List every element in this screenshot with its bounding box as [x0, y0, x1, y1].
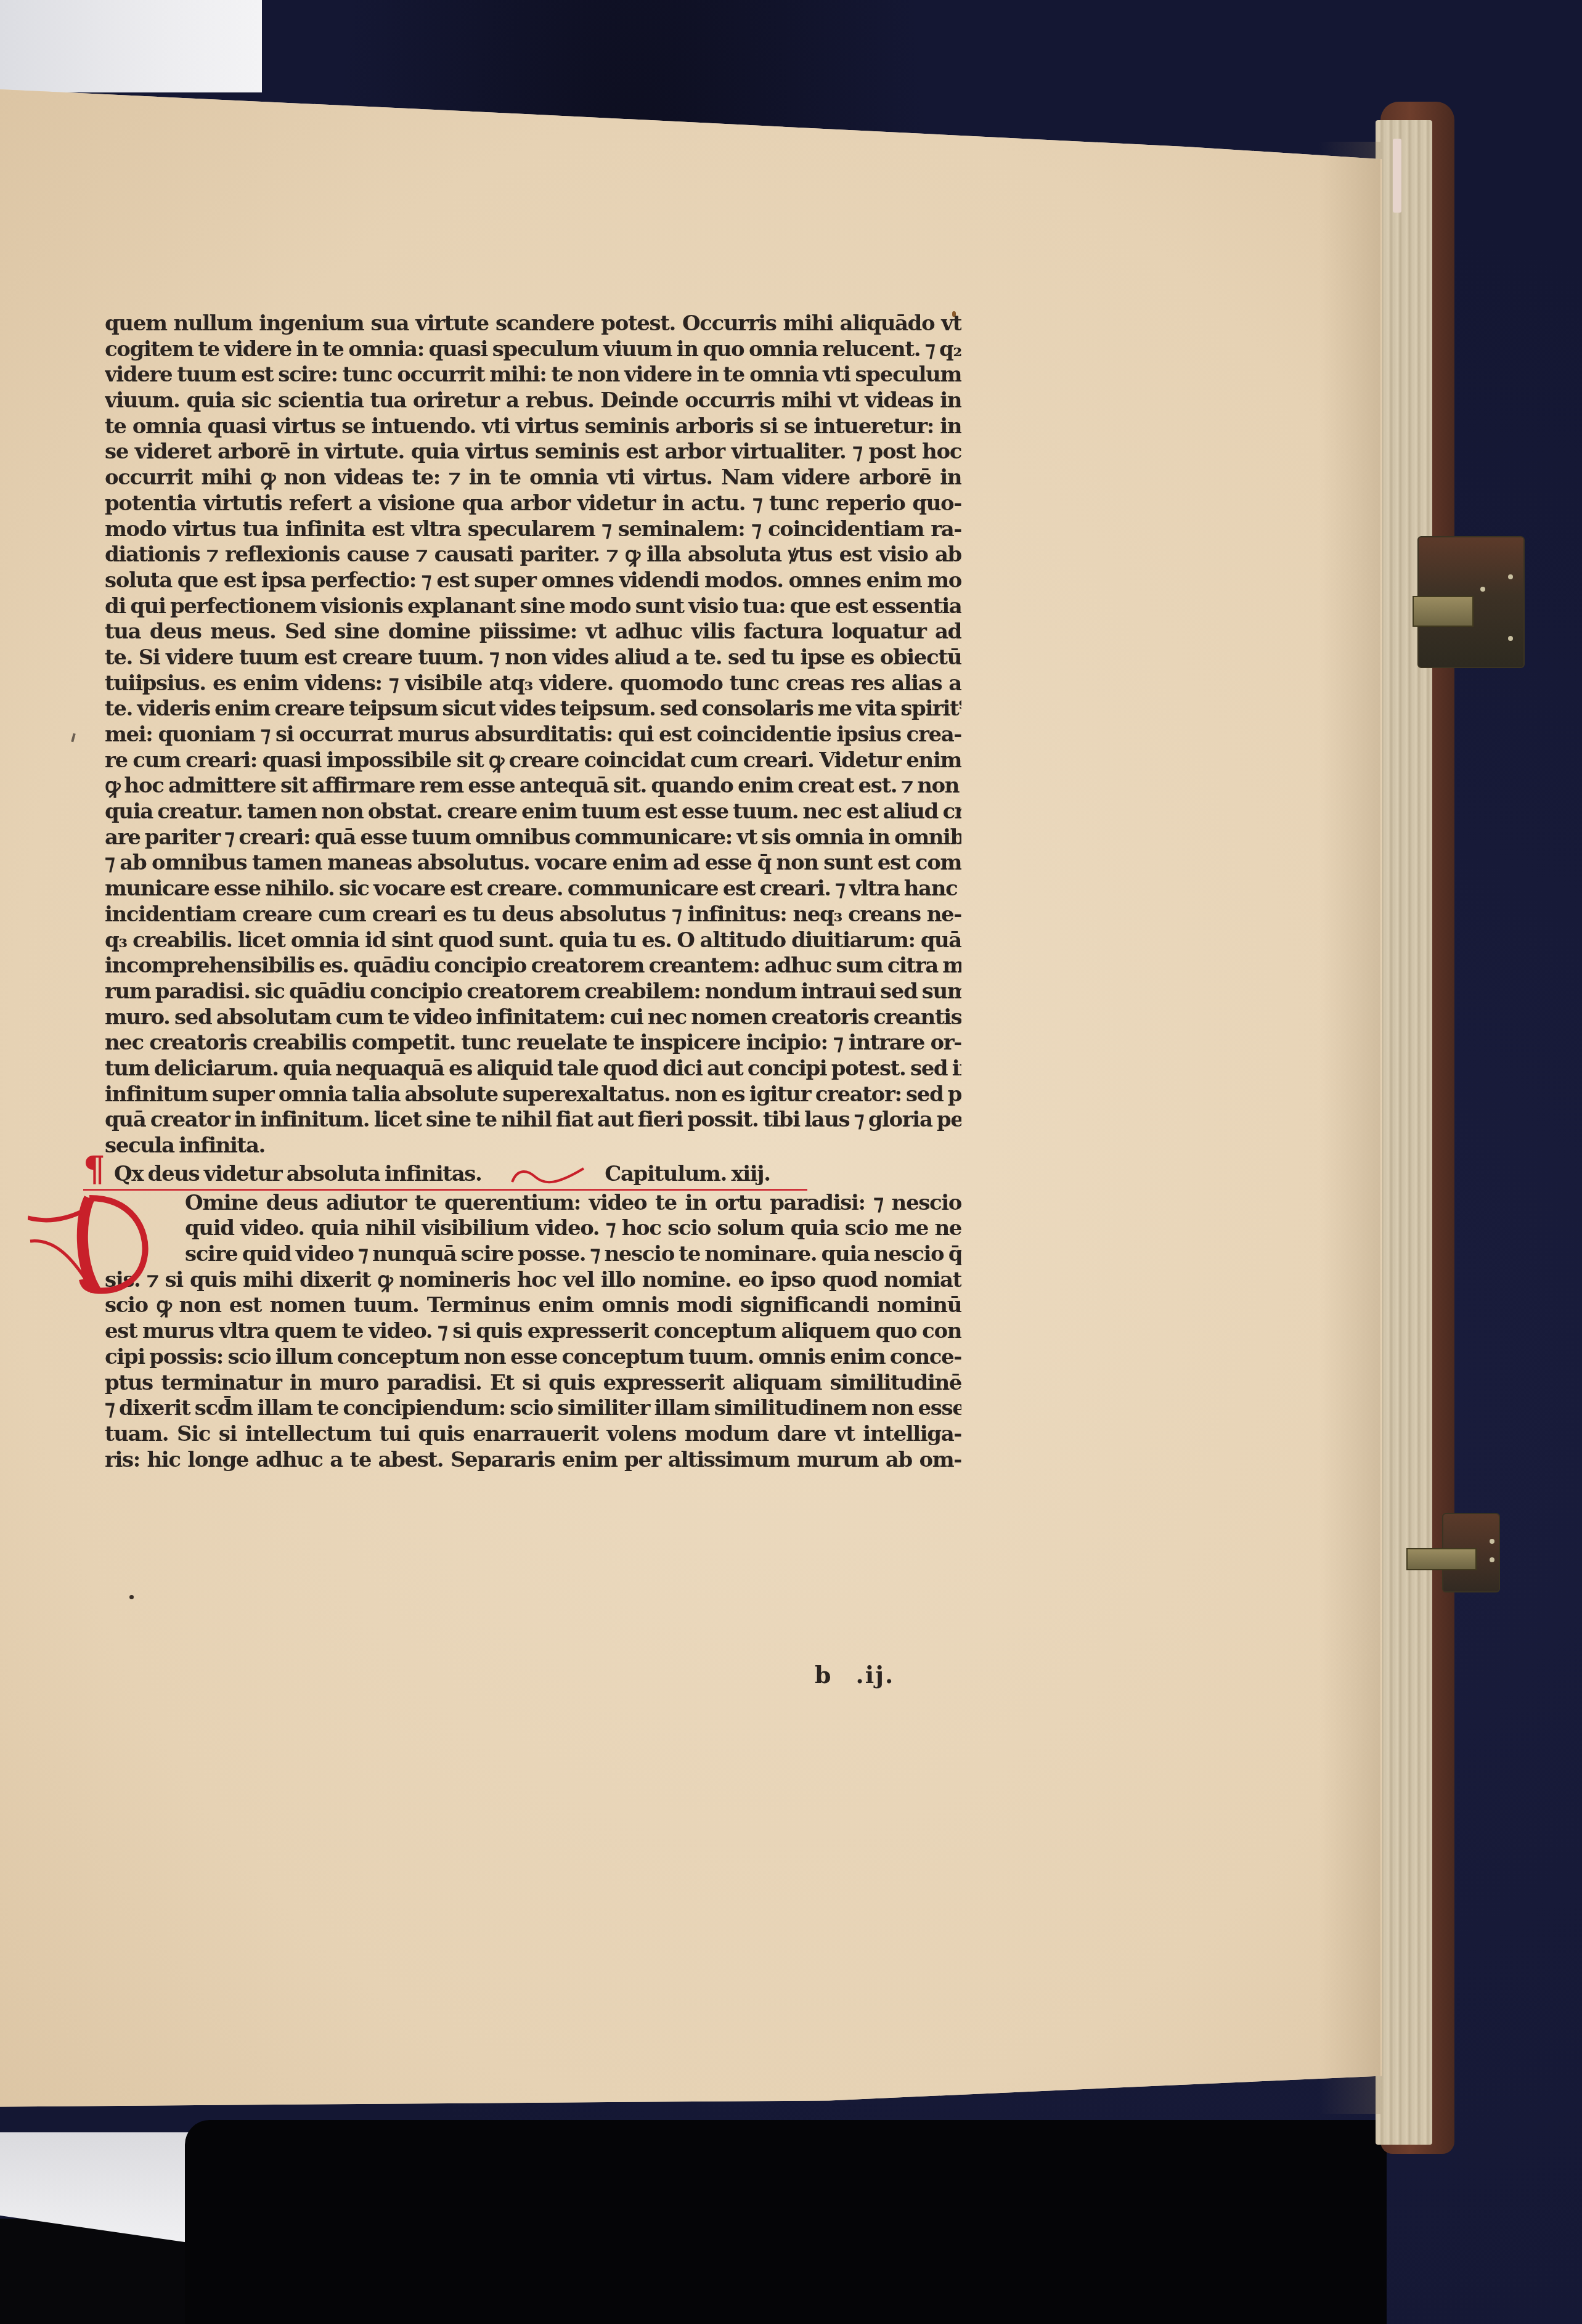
pilcrow-icon: ¶	[83, 1154, 104, 1184]
rubric-flourish-icon	[511, 1166, 585, 1184]
text-line: scio ꝙ non est nomen tuum. Terminus enim…	[105, 1293, 961, 1319]
text-line: modo virtus tua infinita est vltra specu…	[105, 517, 961, 543]
text-line: se videret arborē in virtute. quia virtu…	[105, 439, 961, 465]
text-line: tum deliciarum. quia nequaquā es aliquid…	[105, 1056, 961, 1082]
body-text-before-heading: quem nullum ingenium sua virtute scander…	[105, 311, 961, 1159]
text-line: potentia virtutis refert a visione qua a…	[105, 491, 961, 517]
clasp-band-icon	[1406, 1548, 1477, 1570]
text-line: viuum. quia sic scientia tua oriretur a …	[105, 388, 961, 414]
chapter-heading: ¶ Qx deus videtur absoluta infinitas. Ca…	[83, 1159, 807, 1191]
text-line: soluta que est ipsa perfectio: ⁊ est sup…	[105, 568, 961, 594]
text-line: videre tuum est scire: tunc occurrit mih…	[105, 362, 961, 388]
text-block: quem nullum ingenium sua virtute scander…	[105, 311, 961, 1473]
text-line: re cum creari: quasi impossibile sit ꝙ c…	[105, 748, 961, 774]
text-line: quia creatur. tamen non obstat. creare e…	[105, 799, 961, 825]
margin-dot	[129, 1595, 134, 1599]
signature-mark: b.ij.	[815, 1661, 894, 1689]
text-line: te. videris enim creare teipsum sicut vi…	[105, 696, 961, 722]
body-text-after-heading: Omine deus adiutor te querentium: video …	[105, 1191, 961, 1474]
text-line: Omine deus adiutor te querentium: video …	[105, 1191, 961, 1217]
text-line: incidentiam creare cum creari es tu deus…	[105, 902, 961, 928]
text-line: cipi possis: scio illum conceptum non es…	[105, 1345, 961, 1371]
rivet-icon	[1490, 1557, 1494, 1562]
text-line: incomprehensibilis es. quādiu concipio c…	[105, 953, 961, 979]
signature-number: .ij.	[856, 1661, 895, 1689]
page-shadow	[185, 2120, 1387, 2324]
text-line: ris: hic longe adhuc a te abest. Separar…	[105, 1448, 961, 1474]
text-line: occurrit mihi ꝙ non videas te: ⁊ in te o…	[105, 465, 961, 491]
chapter-title: Qx deus videtur absoluta infinitas.	[114, 1159, 481, 1189]
white-paper-strip-top	[0, 0, 262, 92]
brass-clasp-top	[1417, 536, 1525, 668]
page-edge-shade	[1319, 142, 1380, 2114]
text-line: ⁊ ab omnibus tamen maneas absolutus. voc…	[105, 850, 961, 876]
text-line: est murus vltra quem te video. ⁊ si quis…	[105, 1319, 961, 1345]
text-line: rum paradisi. sic quādiu concipio creato…	[105, 979, 961, 1005]
rivet-icon	[1490, 1539, 1494, 1544]
text-line: q₃ creabilis. licet omnia id sint quod s…	[105, 928, 961, 954]
brass-clasp-bottom	[1442, 1513, 1500, 1592]
text-line: secula infinita.	[105, 1133, 961, 1159]
rivet-icon	[1508, 636, 1513, 641]
text-line: scire quid video ⁊ nunquā scire posse. ⁊…	[105, 1242, 961, 1268]
text-line: infinitum super omnia talia absolute sup…	[105, 1082, 961, 1108]
text-line: quā creator in infinitum. licet sine te …	[105, 1107, 961, 1133]
signature-letter: b	[815, 1661, 833, 1689]
text-line: te omnia quasi virtus se intuendo. vti v…	[105, 414, 961, 440]
text-line: di qui perfectionem visionis explanant s…	[105, 594, 961, 620]
rivet-icon	[1480, 587, 1485, 592]
red-initial-d-icon	[28, 1193, 157, 1295]
text-line: tua deus meus. Sed sine domine piissime:…	[105, 619, 961, 645]
chapter-number: Capitulum. xiij.	[605, 1159, 770, 1189]
chapter-body: Omine deus adiutor te querentium: video …	[105, 1191, 961, 1474]
text-line: quid video. quia nihil visibilium video.…	[105, 1216, 961, 1242]
text-line: nec creatoris creabilis competit. tunc r…	[105, 1030, 961, 1056]
text-line: diationis ⁊ reflexionis cause ⁊ causati …	[105, 542, 961, 568]
fore-edge-leaves	[1376, 120, 1432, 2145]
text-line: ꝙ hoc admittere sit affirmare rem esse a…	[105, 773, 961, 799]
text-line: municare esse nihilo. sic vocare est cre…	[105, 876, 961, 902]
text-line: quem nullum ingenium sua virtute scander…	[105, 311, 961, 337]
text-line: tuam. Sic si intellectum tui quis enarra…	[105, 1422, 961, 1448]
text-line: te. Si videre tuum est creare tuum. ⁊ no…	[105, 645, 961, 671]
rivet-icon	[1508, 574, 1513, 579]
clasp-band-icon	[1413, 596, 1474, 627]
text-line: ptus terminatur in muro paradisi. Et si …	[105, 1371, 961, 1396]
text-line: ⁊ dixerit scd̄m illam te concipiendum: s…	[105, 1396, 961, 1422]
text-line: muro. sed absolutam cum te video infinit…	[105, 1005, 961, 1031]
text-line: sis. ⁊ si quis mihi dixerit ꝙ nomineris …	[105, 1268, 961, 1294]
text-line: mei: quoniam ⁊ si occurrat murus absurdi…	[105, 722, 961, 748]
text-line: tuiipsius. es enim videns: ⁊ visibile at…	[105, 671, 961, 697]
text-line: are pariter ⁊ creari: quā esse tuum omni…	[105, 825, 961, 851]
text-line: cogitem te videre in te omnia: quasi spe…	[105, 337, 961, 363]
